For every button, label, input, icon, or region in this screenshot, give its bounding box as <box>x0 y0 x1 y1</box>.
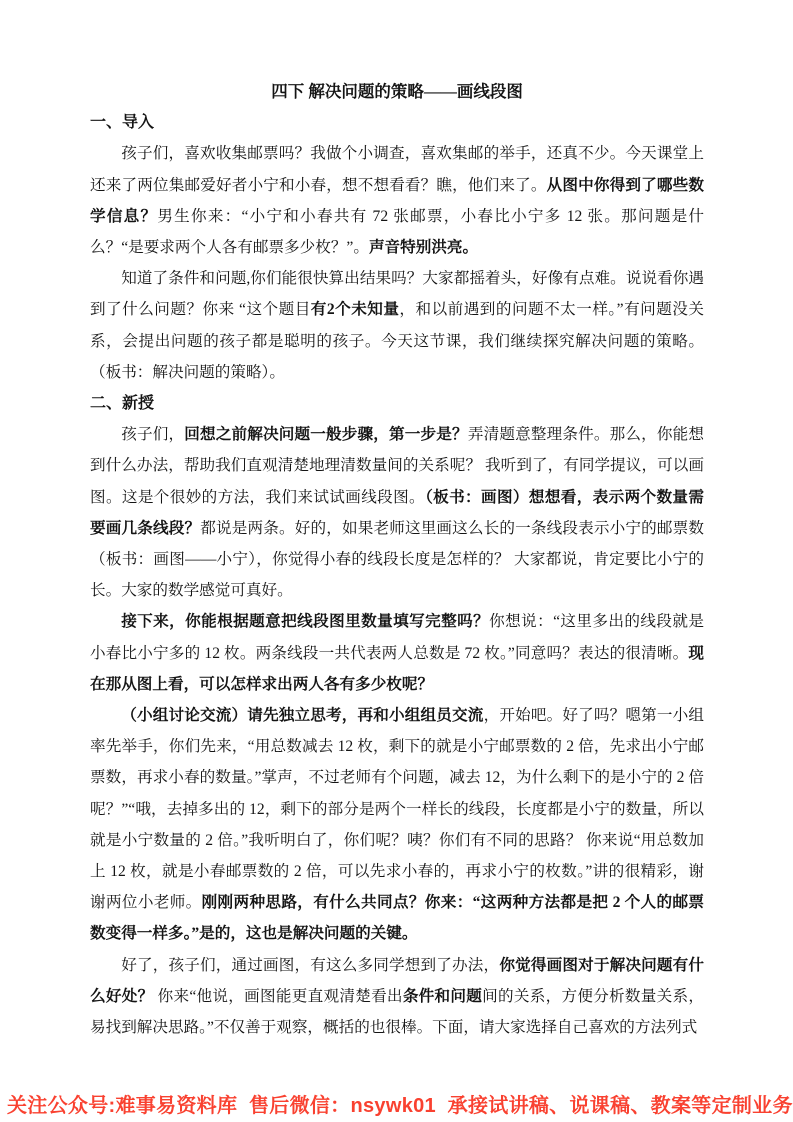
text-run-bold: 有2个未知量 <box>311 301 400 318</box>
text-run-bold: 声音特别洪亮。 <box>369 239 478 256</box>
paragraph: 孩子们，喜欢收集邮票吗？我做个小调查，喜欢集邮的举手，还真不少。今天课堂上还来了… <box>90 138 704 263</box>
text-run: ，开始吧。好了吗？嗯第一小组率先举手，你们先来，“用总数减去 12 枚，剩下的就… <box>90 707 704 911</box>
text-run: 你来“他说，画图能更直观清楚看出 <box>153 988 402 1005</box>
text-run-bold: 回想之前解决问题一般步骤，第一步是？ <box>184 426 468 443</box>
paragraph: 接下来，你能根据题意把线段图里数量填写完整吗？你想说：“这里多出的线段就是小春比… <box>90 606 704 700</box>
text-run-bold: 条件和问题 <box>403 988 482 1005</box>
document-title: 四下 解决问题的策略——画线段图 <box>90 76 704 107</box>
section-heading: 一、导入 <box>90 107 704 138</box>
lesson-document: 四下 解决问题的策略——画线段图 一、导入孩子们，喜欢收集邮票吗？我做个小调查，… <box>90 76 704 1043</box>
text-run-bold: （小组讨论交流）请先独立思考，再和小组组员交流 <box>121 707 483 724</box>
paragraph: （小组讨论交流）请先独立思考，再和小组组员交流，开始吧。好了吗？嗯第一小组率先举… <box>90 700 704 950</box>
text-run: 孩子们， <box>121 426 184 443</box>
promo-footer: 关注公众号:难事易资料库 售后微信：nsywk01 承接试讲稿、说课稿、教案等定… <box>7 1094 793 1118</box>
text-run-bold: 一、导入 <box>90 114 154 131</box>
paragraph: 知道了条件和问题,你们能很快算出结果吗？大家都摇着头，好像有点难。说说看你遇到了… <box>90 263 704 388</box>
document-body: 一、导入孩子们，喜欢收集邮票吗？我做个小调查，喜欢集邮的举手，还真不少。今天课堂… <box>90 107 704 1043</box>
text-run-bold: 接下来，你能根据题意把线段图里数量填写完整吗？ <box>121 613 489 630</box>
text-run: 好了，孩子们，通过画图，有这么多同学想到了办法， <box>121 957 499 974</box>
paragraph: 好了，孩子们，通过画图，有这么多同学想到了办法，你觉得画图对于解决问题有什么好处… <box>90 950 704 1044</box>
section-heading: 二、新授 <box>90 388 704 419</box>
text-run-bold: 二、新授 <box>90 395 154 412</box>
paragraph: 孩子们，回想之前解决问题一般步骤，第一步是？弄清题意整理条件。那么，你能想到什么… <box>90 419 704 606</box>
